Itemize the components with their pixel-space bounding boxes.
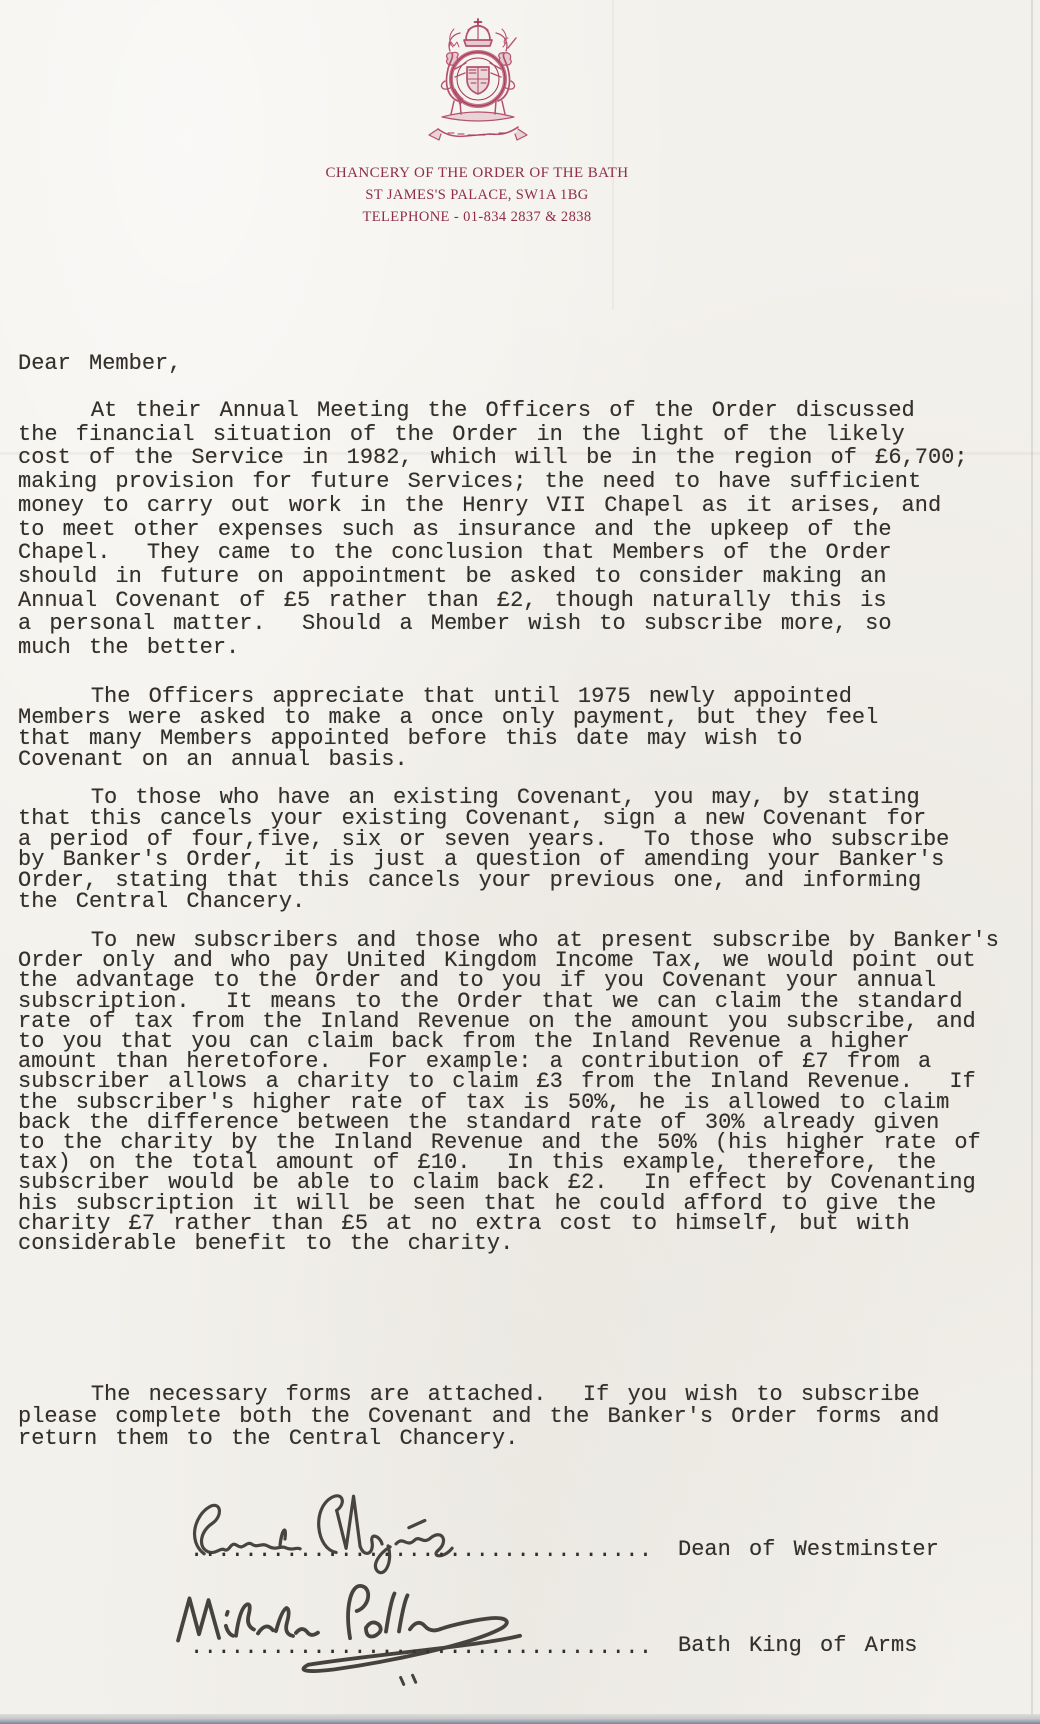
paragraph-annual-meeting: At their Annual Meeting the Officers of … <box>18 399 1038 660</box>
paragraph-new-subscribers: To new subscribers and those who at pres… <box>18 931 1038 1254</box>
paragraph-existing-covenant: To those who have an existing Covenant, … <box>18 788 1038 913</box>
royal-coat-of-arms-crest <box>408 16 548 150</box>
signature-dotted-line-dean: .................................. <box>190 1540 652 1562</box>
paper-crease-vertical <box>612 0 614 310</box>
signature-dotted-line-bath-king: .................................. <box>190 1637 652 1659</box>
scan-bottom-edge <box>0 1714 1040 1724</box>
scanned-letter-page: CHANCERY OF THE ORDER OF THE BATH ST JAM… <box>0 0 1040 1724</box>
signature-label-dean-of-westminster: Dean of Westminster <box>678 1538 939 1562</box>
letterhead-org-name: CHANCERY OF THE ORDER OF THE BATH <box>0 166 954 181</box>
salutation: Dear Member, <box>18 352 1038 376</box>
paragraph-officers-appreciate: The Officers appreciate that until 1975 … <box>18 686 1038 770</box>
handwritten-signature-bath-king-of-arms <box>147 1573 573 1695</box>
letterhead-telephone: TELEPHONE - 01-834 2837 & 2838 <box>0 210 954 225</box>
signature-label-bath-king-of-arms: Bath King of Arms <box>678 1634 917 1658</box>
letterhead-address: ST JAMES'S PALACE, SW1A 1BG <box>0 188 954 203</box>
paragraph-necessary-forms: The necessary forms are attached. If you… <box>18 1384 1038 1450</box>
